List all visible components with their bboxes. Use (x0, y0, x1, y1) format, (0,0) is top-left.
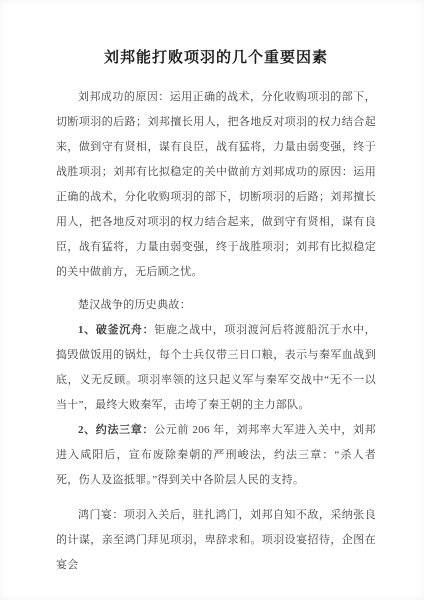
paragraph-text: 刘邦成功的原因：运用正确的战术，分化收购项羽的部下，切断项羽的后路；刘邦擅长用人… (56, 91, 376, 278)
paragraph-lead: 2、约法三章： (78, 424, 154, 436)
paragraph-hongmen-banquet: 鸿门宴：项羽入关后，驻扎鸿门，刘邦自知不敌，采纳张良的计谋，亲至鸿门拜见项羽，卑… (56, 503, 376, 578)
paragraph-lead: 1、破釜沉舟： (78, 324, 154, 336)
paragraph-liu-bang-reasons: 刘邦成功的原因：运用正确的战术，分化收购项羽的部下，切断项羽的后路；刘邦擅长用人… (56, 85, 376, 285)
paragraph-text: 钜鹿之战中，项羽渡河后将渡船沉于水中，捣毁做饭用的锅灶，每个士兵仅带三日口粮，表… (56, 324, 376, 411)
paragraph-section-heading: 楚汉战争的历史典故： (56, 293, 376, 318)
document-page: 刘邦能打败项羽的几个重要因素 刘邦成功的原因：运用正确的战术，分化收购项羽的部下… (0, 0, 424, 600)
paragraph-item-2: 2、约法三章：公元前 206 年，刘邦率大军进入关中，刘邦进入咸阳后，宣布废除秦… (56, 418, 376, 493)
page-title: 刘邦能打败项羽的几个重要因素 (56, 0, 376, 70)
paragraph-text: 鸿门宴：项羽入关后，驻扎鸿门，刘邦自知不敌，采纳张良的计谋，亲至鸿门拜见项羽，卑… (56, 509, 376, 571)
paragraph-item-1: 1、破釜沉舟：钜鹿之战中，项羽渡河后将渡船沉于水中，捣毁做饭用的锅灶，每个士兵仅… (56, 318, 376, 418)
paragraph-text: 楚汉战争的历史典故： (78, 299, 191, 311)
